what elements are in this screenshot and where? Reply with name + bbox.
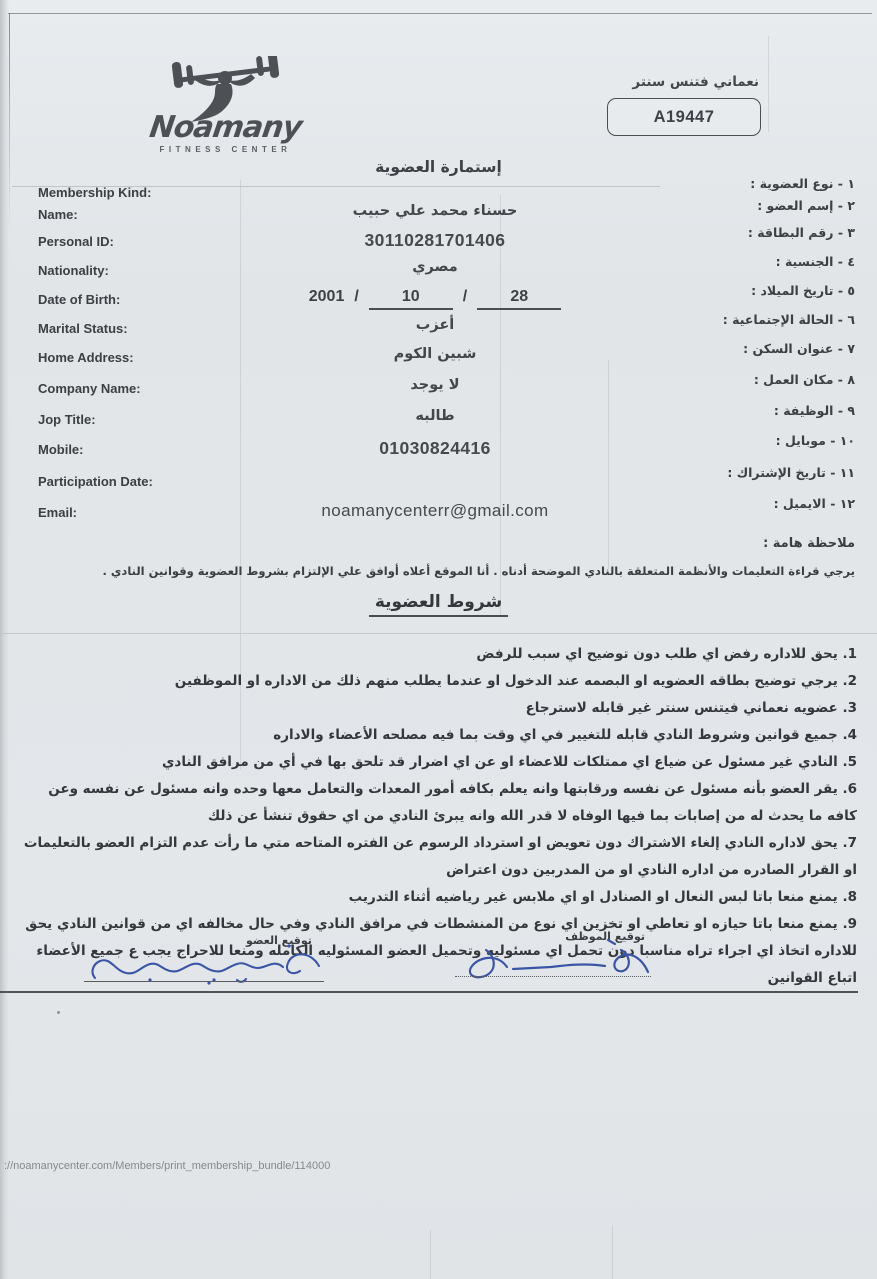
dob-day: 28 xyxy=(477,288,561,310)
field-label-ar: ١ - نوع العضوية : xyxy=(750,176,855,191)
field-label-en: Name: xyxy=(38,207,78,222)
form-row-participation-date: Participation Date: ١١ - تاريخ الإشتراك … xyxy=(0,470,877,496)
form-row-email: Email: noamanycenterr@gmail.com ١٢ - الا… xyxy=(0,501,877,527)
field-value: 01030824416 xyxy=(215,438,655,459)
paper-crease xyxy=(430,1230,431,1279)
field-label-ar: ١٠ - موبايل : xyxy=(776,433,855,448)
dob-month: 10 xyxy=(369,288,453,310)
field-value: لا يوجد xyxy=(215,377,655,393)
brand-subtitle: FITNESS CENTER xyxy=(118,145,333,154)
field-label-en: Mobile: xyxy=(38,442,84,457)
term-item-3: 3. عضويه نعماني فيتنس سنتر غير قابله لاس… xyxy=(14,695,857,722)
paper-crease xyxy=(768,36,769,132)
field-label-en: Marital Status: xyxy=(38,321,128,336)
paper-crease xyxy=(612,1225,613,1279)
field-label-en: Nationality: xyxy=(38,263,109,278)
form-row-name: Name: حسناء محمد علي حبيب ٢ - إسم العضو … xyxy=(0,203,877,229)
field-label-ar: ٢ - إسم العضو : xyxy=(757,198,855,213)
bottom-divider xyxy=(0,991,858,993)
form-row-date-of-birth: Date of Birth: 2001 / 10 / 28 ٥ - تاريخ … xyxy=(0,288,877,314)
field-label-en: Personal ID: xyxy=(38,234,114,249)
terms-title: شروط العضوية xyxy=(369,592,508,617)
brand-logo: Noamany FITNESS CENTER xyxy=(118,56,333,154)
field-label-en: Participation Date: xyxy=(38,474,153,489)
form-row-nationality: Nationality: مصري ٤ - الجنسية : xyxy=(0,259,877,285)
important-note-body: يرجي قراءة التعليمات والأنظمة المتعلقة ب… xyxy=(15,564,855,578)
field-label-ar: ١٢ - الايميل : xyxy=(774,496,855,511)
field-label-en: Company Name: xyxy=(38,381,141,396)
form-row-mobile: Mobile: 01030824416 ١٠ - موبايل : xyxy=(0,438,877,464)
member-code-box: A19447 xyxy=(607,98,761,136)
term-item-1: 1. يحق للاداره رفض اي طلب دون توضيح اي س… xyxy=(14,641,857,668)
field-value: حسناء محمد علي حبيب xyxy=(215,203,655,219)
field-label-ar: ٩ - الوظيفة : xyxy=(774,403,855,418)
field-value: شبين الكوم xyxy=(215,346,655,362)
field-value: noamanycenterr@gmail.com xyxy=(215,501,655,521)
scan-speck xyxy=(57,1011,60,1014)
field-value: 30110281701406 xyxy=(215,230,655,251)
field-label-en: Jop Title: xyxy=(38,412,96,427)
field-label-en: Email: xyxy=(38,505,77,520)
field-label-ar: ٦ - الحالة الإجتماعية : xyxy=(723,312,855,327)
print-page-url: ://noamanycenter.com/Members/print_membe… xyxy=(4,1160,330,1172)
form-row-marital-status: Marital Status: أعزب ٦ - الحالة الإجتماع… xyxy=(0,317,877,343)
field-label-ar: ٤ - الجنسية : xyxy=(776,254,855,269)
member-code: A19447 xyxy=(654,108,715,127)
dob-separator: / xyxy=(354,288,358,306)
form-row-personal-id: Personal ID: 30110281701406 ٣ - رقم البط… xyxy=(0,230,877,256)
date-of-birth-value: 2001 / 10 / 28 xyxy=(215,288,655,310)
form-row-company-name: Company Name: لا يوجد ٨ - مكان العمل : xyxy=(0,377,877,403)
scanned-membership-form: Noamany FITNESS CENTER نعماني فتنس سنتر … xyxy=(0,0,877,1279)
terms-title-wrap: شروط العضوية xyxy=(0,592,877,617)
field-label-en: Membership Kind: xyxy=(38,185,151,200)
employee-signature-line xyxy=(455,976,651,977)
field-value: طالبه xyxy=(215,408,655,424)
term-item-4: 4. جميع قوانين وشروط النادي قابله للتغيي… xyxy=(14,722,857,749)
divider xyxy=(0,633,877,634)
field-label-ar: ٣ - رقم البطاقة : xyxy=(748,225,855,240)
field-label-en: Date of Birth: xyxy=(38,292,120,307)
field-value: مصري xyxy=(215,259,655,275)
scan-page-border-top xyxy=(8,13,872,14)
form-row-job-title: Jop Title: طالبه ٩ - الوظيفة : xyxy=(0,408,877,434)
form-row-home-address: Home Address: شبين الكوم ٧ - عنوان السكن… xyxy=(0,346,877,372)
term-item-8: 8. يمنع منعا باتا لبس النعال او الصنادل … xyxy=(14,884,857,911)
dob-separator: / xyxy=(463,288,467,306)
field-label-ar: ٧ - عنوان السكن : xyxy=(743,341,855,356)
term-item-5: 5. النادي غير مسئول عن ضياع اي ممتلكات ل… xyxy=(14,749,857,776)
field-label-ar: ٨ - مكان العمل : xyxy=(754,372,855,387)
term-item-6: 6. يقر العضو بأنه مسئول عن نفسه ورقابتها… xyxy=(14,776,857,830)
brand-name: Noamany xyxy=(116,113,335,143)
form-title: إستمارة العضوية xyxy=(0,158,877,176)
field-label-en: Home Address: xyxy=(38,350,134,365)
member-signature-line xyxy=(84,981,324,982)
dob-year: 2001 xyxy=(309,288,345,306)
field-label-ar: ١١ - تاريخ الإشتراك : xyxy=(727,465,855,480)
club-name-arabic: نعماني فتنس سنتر xyxy=(632,74,759,90)
field-label-ar: ٥ - تاريخ الميلاد : xyxy=(751,283,855,298)
important-note-heading: ملاحظة هامة : xyxy=(763,536,855,551)
paper-crease xyxy=(500,195,501,615)
field-value: أعزب xyxy=(215,317,655,333)
term-item-2: 2. يرجي توضيح بطاقه العضويه او البصمه عن… xyxy=(14,668,857,695)
term-item-7: 7. يحق لاداره النادي إلغاء الاشتراك دون … xyxy=(14,830,857,884)
